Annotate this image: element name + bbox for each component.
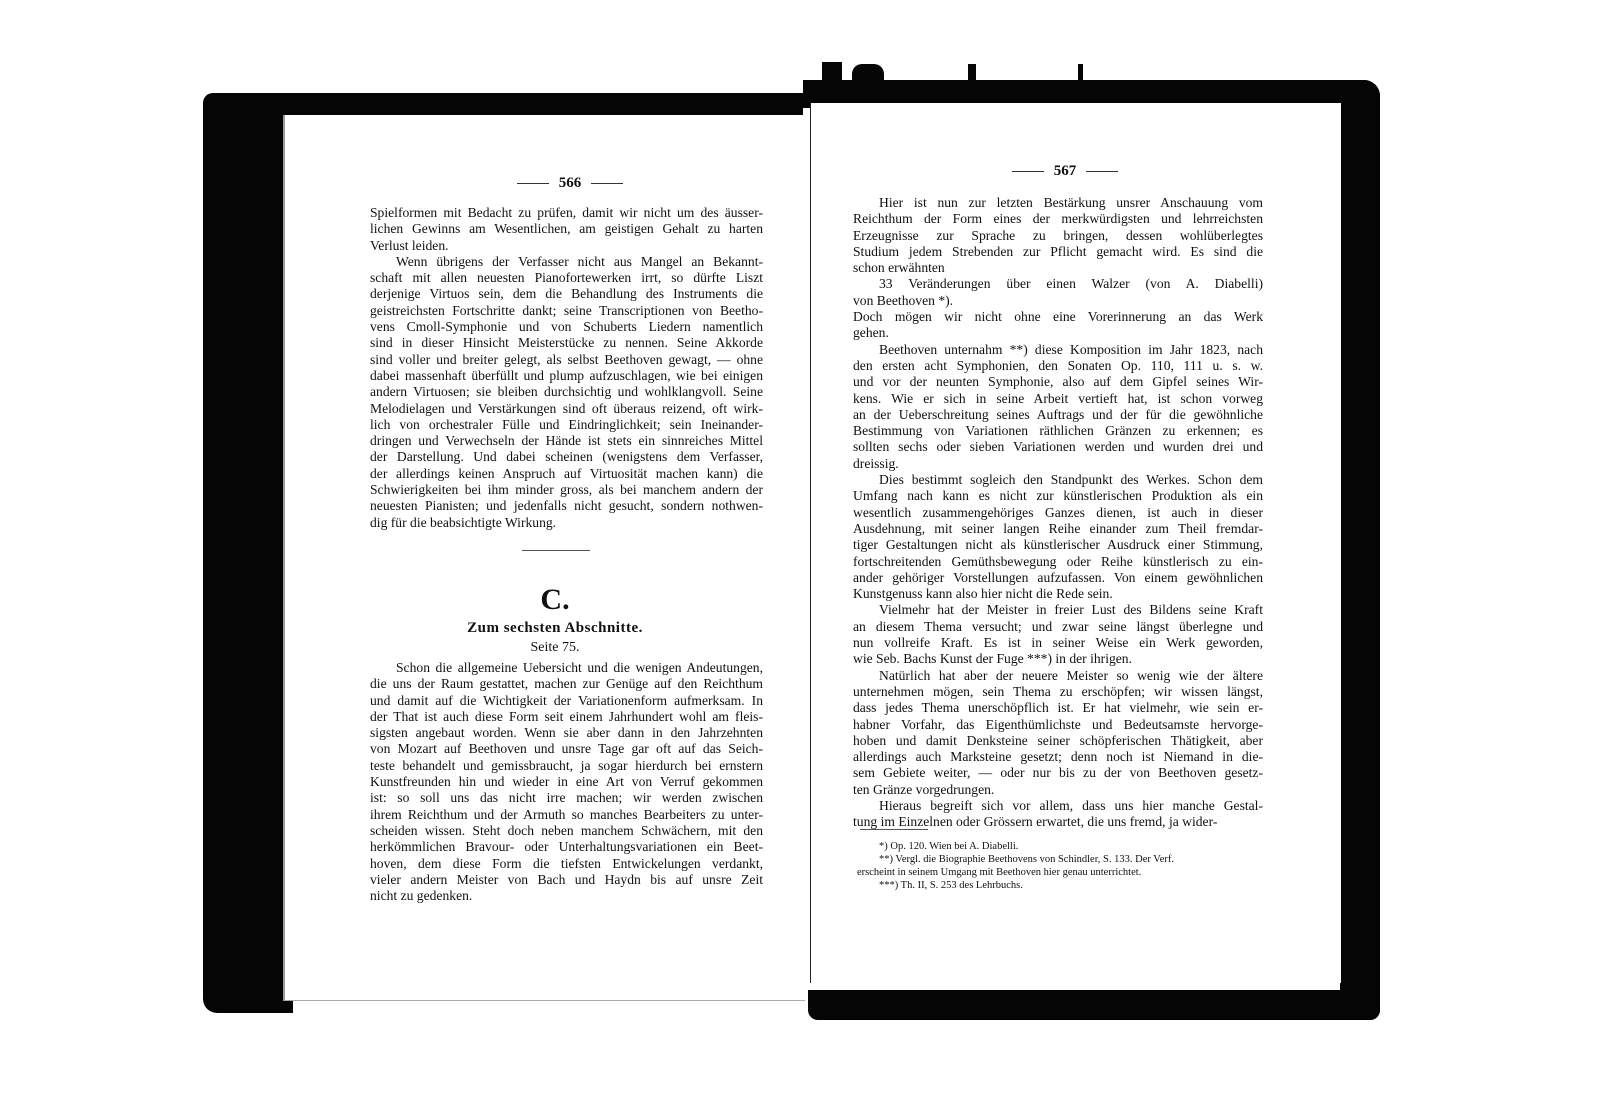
text-line: Schon die allgemeine Uebersicht und die … — [370, 660, 763, 676]
text-line: Dies bestimmt sogleich den Standpunkt de… — [853, 472, 1263, 488]
footnote: **) Vergl. die Biographie Beethovens von… — [857, 853, 1257, 866]
paragraph: Natürlich hat aber der neuere Meister so… — [853, 668, 1263, 798]
text-line: sind voller und breiter gelegt, als selb… — [370, 352, 763, 368]
page-marker-tab — [822, 62, 842, 96]
paragraph: Spielformen mit Bedacht zu prüfen, damit… — [370, 205, 763, 254]
text-line: Reichthum der Form eines der merkwürdigs… — [853, 211, 1263, 227]
text-line: Erzeugnisse zur Sprache zu bringen, dess… — [853, 228, 1263, 244]
text-line: scheiden wissen. Steht doch neben manche… — [370, 823, 763, 839]
paragraph: Dies bestimmt sogleich den Standpunkt de… — [853, 472, 1263, 602]
footnote: erscheint in seinem Umgang mit Beethoven… — [857, 866, 1257, 879]
right-page-body: Hier ist nun zur letzten Bestärkung unsr… — [853, 195, 1263, 831]
text-line: andern Virtuosen; sie bleiben durchsicht… — [370, 384, 763, 400]
section-title: Zum sechsten Abschnitte. — [405, 620, 705, 637]
text-line: wesentlich zusammengehöriges Ganzes dien… — [853, 505, 1263, 521]
left-page-number: 566 — [440, 175, 700, 192]
text-line: schaft mit allen neuesten Pianofortewerk… — [370, 270, 763, 286]
text-line: sind in dieser Hinsicht Meisterstücke zu… — [370, 335, 763, 351]
text-line: herkömmlichen Bravour- oder Unterhaltung… — [370, 839, 763, 855]
text-line: dig für die beabsichtigte Wirkung. — [370, 515, 763, 531]
text-line: fortschreitenden Gemüthsbewegung oder Re… — [853, 554, 1263, 570]
text-line: schon erwähnten — [853, 260, 1263, 276]
text-line: und vor der neunten Symphonie, also auf … — [853, 374, 1263, 390]
page-marker-tab — [852, 64, 884, 96]
paragraph: 33 Veränderungen über einen Walzer (von … — [853, 276, 1263, 309]
text-line: vieler andern Meister von Bach und Haydn… — [370, 872, 763, 888]
footnote: ***) Th. II, S. 253 des Lehrbuchs. — [857, 879, 1257, 892]
paragraph: Hier ist nun zur letzten Bestärkung unsr… — [853, 195, 1263, 276]
text-line: Ausdehnung, mit seiner langen Reihe eina… — [853, 521, 1263, 537]
text-line: hoben und damit Denksteine seiner schöpf… — [853, 733, 1263, 749]
text-line: nicht zu gedenken. — [370, 888, 763, 904]
left-page-body: Spielformen mit Bedacht zu prüfen, damit… — [370, 205, 763, 531]
text-line: 33 Veränderungen über einen Walzer (von … — [853, 276, 1263, 292]
text-line: an diesem Thema versucht; und zwar seine… — [853, 619, 1263, 635]
book-cover-right-edge — [1340, 80, 1380, 1020]
text-line: lichen Gewinns am Wesentlichen, am geist… — [370, 221, 763, 237]
text-line: vens Cmoll-Symphonie und von Schuberts L… — [370, 319, 763, 335]
text-line: dass jedes Thema unerschöpflich ist. Er … — [853, 700, 1263, 716]
book-cover-bottom-right — [808, 990, 1380, 1020]
text-line: der That ist auch diese Form seit einem … — [370, 709, 763, 725]
text-line: allerdings auch Marksteine gesetzt; denn… — [853, 749, 1263, 765]
left-section-body: Schon die allgemeine Uebersicht und die … — [370, 660, 763, 904]
text-line: nun vollreife Kraft. Es ist in seiner We… — [853, 635, 1263, 651]
text-line: Beethoven unternahm **) diese Kompositio… — [853, 342, 1263, 358]
text-line: Vielmehr hat der Meister in freier Lust … — [853, 602, 1263, 618]
page-number-text: 566 — [559, 175, 582, 191]
text-line: sem Gebiete weiter, — oder nur bis zu de… — [853, 765, 1263, 781]
text-line: Bestimmung von Variationen räthlichen Gr… — [853, 423, 1263, 439]
text-line: wie Seb. Bachs Kunst der Fuge ***) in de… — [853, 651, 1263, 667]
text-line: Wenn übrigens der Verfasser nicht aus Ma… — [370, 254, 763, 270]
text-line: Melodielagen und Verstärkungen sind oft … — [370, 401, 763, 417]
text-line: dringen und Verwechseln der Hände ist st… — [370, 433, 763, 449]
footnotes: *) Op. 120. Wien bei A. Diabelli.**) Ver… — [857, 840, 1257, 892]
text-line: Hier ist nun zur letzten Bestärkung unsr… — [853, 195, 1263, 211]
right-page-number: 567 — [935, 163, 1195, 180]
text-line: und damit auf die Wichtigkeit der Variat… — [370, 693, 763, 709]
text-line: sollten sechs oder sieben Variationen we… — [853, 439, 1263, 455]
text-line: lich von orchestraler Fülle und Eindring… — [370, 417, 763, 433]
paragraph: Beethoven unternahm **) diese Kompositio… — [853, 342, 1263, 472]
text-line: unternehmen mögen, sein Thema zu erschöp… — [853, 684, 1263, 700]
section-subtitle: Seite 75. — [455, 640, 655, 656]
paragraph: Wenn übrigens der Verfasser nicht aus Ma… — [370, 254, 763, 531]
text-line: der allerdings keinen Anspruch auf Virtu… — [370, 466, 763, 482]
text-line: Hieraus begreift sich vor allem, dass un… — [853, 798, 1263, 814]
text-line: teste behandelt und gemissbraucht, ja so… — [370, 758, 763, 774]
text-line: Kunstgenuss kann also hier nicht die Red… — [853, 586, 1263, 602]
text-line: ihrem Reichthum und der Armuth so manche… — [370, 807, 763, 823]
page-marker-tab — [968, 64, 976, 96]
text-line: Schwierigkeiten bei ihm minder gross, al… — [370, 482, 763, 498]
text-line: Kunstfreunden hin und wieder in eine Art… — [370, 774, 763, 790]
text-line: hoven, dem diese Form die tiefsten Entwi… — [370, 856, 763, 872]
text-line: den ersten acht Symphonien, den Sonaten … — [853, 358, 1263, 374]
text-line: kens. Wie er sich in seine Arbeit vertie… — [853, 391, 1263, 407]
paragraph: Schon die allgemeine Uebersicht und die … — [370, 660, 763, 904]
text-line: neuesten Pianisten; und jedenfalls nicht… — [370, 498, 763, 514]
text-line: die uns der Raum gestattet, machen zur G… — [370, 676, 763, 692]
page-marker-tab — [1078, 64, 1083, 96]
page-number-text: 567 — [1054, 163, 1077, 179]
footnote-divider — [860, 829, 928, 830]
text-line: ander gehöriger Vorstellungen aufzufasse… — [853, 570, 1263, 586]
text-line: von Beethoven *). — [853, 293, 1263, 309]
text-line: Umfang nach kann es nicht zur künstleris… — [853, 488, 1263, 504]
paragraph: Vielmehr hat der Meister in freier Lust … — [853, 602, 1263, 667]
book-cover-left-edge — [203, 93, 293, 1013]
text-line: ten Gränze vorgedrungen. — [853, 782, 1263, 798]
footnote: *) Op. 120. Wien bei A. Diabelli. — [857, 840, 1257, 853]
text-line: Doch mögen wir nicht ohne eine Vorerinne… — [853, 309, 1263, 325]
text-line: Verlust leiden. — [370, 238, 763, 254]
book-cover-top-left — [203, 93, 803, 117]
text-line: Spielformen mit Bedacht zu prüfen, damit… — [370, 205, 763, 221]
paragraph: Hieraus begreift sich vor allem, dass un… — [853, 798, 1263, 831]
text-line: von Mozart auf Beethoven und unsre Tage … — [370, 741, 763, 757]
section-divider — [522, 550, 590, 551]
text-line: habner Vorfahr, das Eigenthümlichste und… — [853, 717, 1263, 733]
text-line: Studium jedem Strebenden zur Pflicht gem… — [853, 244, 1263, 260]
text-line: ist: so soll uns das nicht irre machen; … — [370, 790, 763, 806]
paragraph: Doch mögen wir nicht ohne eine Vorerinne… — [853, 309, 1263, 342]
text-line: geistreichsten Fortschritte dankt; seine… — [370, 303, 763, 319]
text-line: an der Ueberschreitung seines Auftrags u… — [853, 407, 1263, 423]
text-line: sigsten angebaut worden. Wenn sie aber d… — [370, 725, 763, 741]
text-line: derjenige Virtuos sein, dem die Behandlu… — [370, 286, 763, 302]
text-line: tiger Gestaltungen nicht als künstlerisc… — [853, 537, 1263, 553]
text-line: dabei massenhaft überfüllt und plump auf… — [370, 368, 763, 384]
text-line: Natürlich hat aber der neuere Meister so… — [853, 668, 1263, 684]
text-line: gehen. — [853, 325, 1263, 341]
section-letter: C. — [455, 583, 655, 617]
text-line: der Darstellung. Und dabei scheinen (wen… — [370, 449, 763, 465]
text-line: dreissig. — [853, 456, 1263, 472]
